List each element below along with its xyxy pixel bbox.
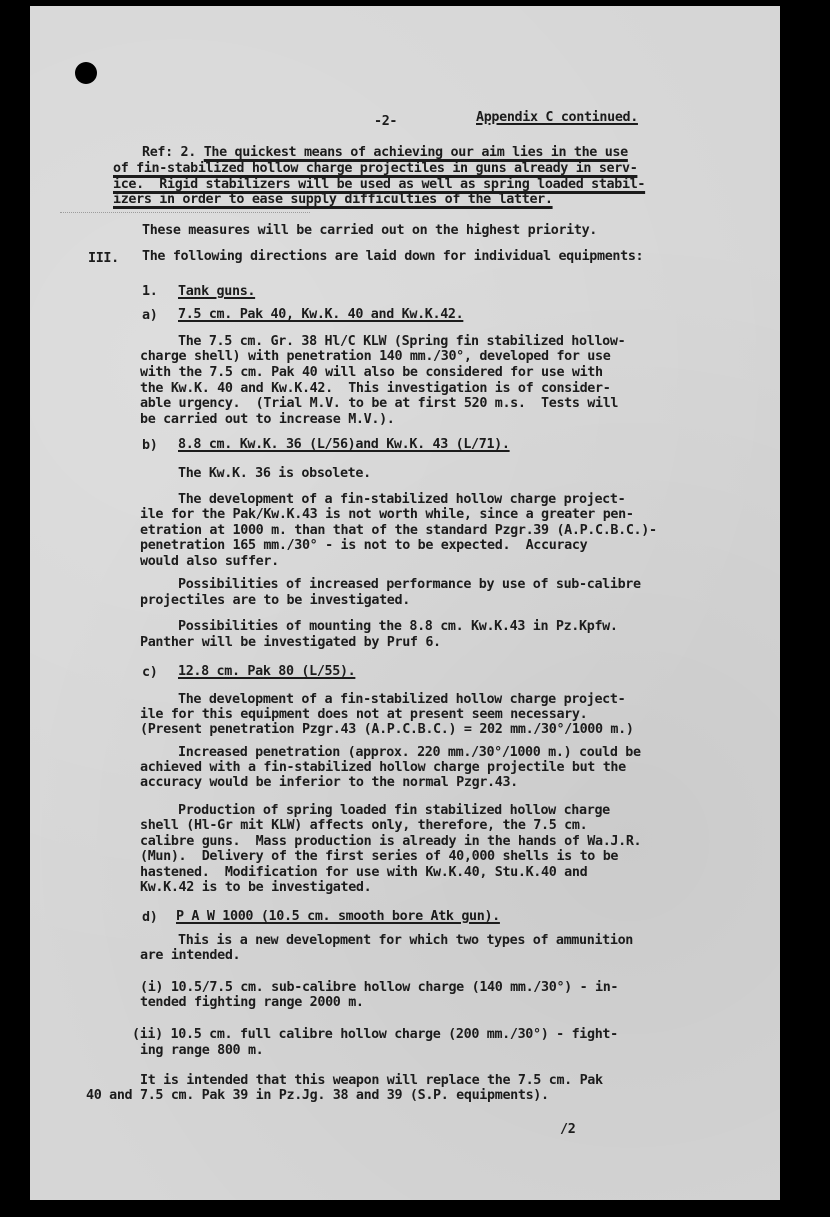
item-b-p1-line: ile for the Pak/Kw.K.43 is not worth whi… <box>140 507 634 523</box>
appendix-header: Appendix C continued. <box>476 110 638 126</box>
item-c-p3-line: Production of spring loaded fin stabiliz… <box>178 803 610 819</box>
closing-line: It is intended that this weapon will rep… <box>140 1073 603 1089</box>
ref-text: The quickest means of achieving our aim … <box>204 145 628 160</box>
item-c-p3-line: hastened. Modification for use with Kw.K… <box>140 865 587 881</box>
item-c-p1-line: ile for this equipment does not at prese… <box>140 707 587 723</box>
item-d-option-ii: ing range 800 m. <box>140 1043 263 1059</box>
item-a-line: with the 7.5 cm. Pak 40 will also be con… <box>140 365 603 381</box>
item-b-p1-line: etration at 1000 m. than that of the sta… <box>140 523 657 539</box>
item-a-line: be carried out to increase M.V.). <box>140 412 395 428</box>
item-d-line: are intended. <box>140 948 240 964</box>
item-b-p1-line: The development of a fin-stabilized holl… <box>178 492 625 508</box>
item-a-line: The 7.5 cm. Gr. 38 Hl/C KLW (Spring fin … <box>178 334 625 350</box>
item-d-option-i: (i) 10.5/7.5 cm. sub-calibre hollow char… <box>140 980 618 996</box>
priority-note: These measures will be carried out on th… <box>142 223 597 239</box>
item-c-p1-line: (Present penetration Pzgr.43 (A.P.C.B.C.… <box>140 722 634 738</box>
item-d-option-ii: (ii) 10.5 cm. full calibre hollow charge… <box>132 1027 618 1043</box>
ref-line-2: of fin-stabilized hollow charge projecti… <box>113 161 637 177</box>
item-c-title: 12.8 cm. Pak 80 (L/55). <box>178 664 355 680</box>
punch-hole <box>75 62 97 84</box>
item-b-p2-line: projectiles are to be investigated. <box>140 593 410 609</box>
item-c-p3-line: (Mun). Delivery of the first series of 4… <box>140 849 618 865</box>
item-b-obsolete-note: The Kw.K. 36 is obsolete. <box>178 466 371 482</box>
section-intro: The following directions are laid down f… <box>142 249 643 265</box>
item-b-p3-line: Possibilities of mounting the 8.8 cm. Kw… <box>178 619 618 635</box>
item-c-p2-line: achieved with a fin-stabilized hollow ch… <box>140 760 626 776</box>
section-numeral: III. <box>88 251 119 267</box>
page-number: -2- <box>374 114 397 130</box>
item-d-line: This is a new development for which two … <box>178 933 633 949</box>
item-c-p3-line: calibre guns. Mass production is already… <box>140 834 641 850</box>
item-a-line: able urgency. (Trial M.V. to be at first… <box>140 396 618 412</box>
item-c-p1-line: The development of a fin-stabilized holl… <box>178 692 625 708</box>
dotted-artifact <box>60 212 310 215</box>
item-a-line: the Kw.K. 40 and Kw.K.42. This investiga… <box>140 381 610 397</box>
item-c-p2-line: Increased penetration (approx. 220 mm./3… <box>178 745 641 761</box>
subsection-number: 1. <box>142 284 157 300</box>
item-a-title: 7.5 cm. Pak 40, Kw.K. 40 and Kw.K.42. <box>178 307 463 323</box>
ref-line-3: ice. Rigid stabilizers will be used as w… <box>113 177 645 193</box>
item-b-p3-line: Panther will be investigated by Pruf 6. <box>140 635 441 651</box>
item-c-p3-line: Kw.K.42 is to be investigated. <box>140 880 371 896</box>
item-b-p2-line: Possibilities of increased performance b… <box>178 577 641 593</box>
item-b-label: b) <box>142 438 157 454</box>
ref-line-1: Ref: 2. The quickest means of achieving … <box>142 145 628 161</box>
item-b-title: 8.8 cm. Kw.K. 36 (L/56)and Kw.K. 43 (L/7… <box>178 437 510 453</box>
item-a-line: charge shell) with penetration 140 mm./3… <box>140 349 610 365</box>
item-b-p1-line: penetration 165 mm./30° - is not to be e… <box>140 538 587 554</box>
item-c-p3-line: shell (Hl-Gr mit KLW) affects only, ther… <box>140 818 587 834</box>
item-d-title: P A W 1000 (10.5 cm. smooth bore Atk gun… <box>176 909 500 925</box>
closing-line: 40 and 7.5 cm. Pak 39 in Pz.Jg. 38 and 3… <box>86 1088 549 1104</box>
continuation-mark: /2 <box>560 1122 575 1138</box>
item-c-label: c) <box>142 665 157 681</box>
ref-line-4: izers in order to ease supply difficulti… <box>113 192 553 208</box>
item-b-p1-line: would also suffer. <box>140 554 279 570</box>
item-d-label: d) <box>142 910 157 926</box>
subsection-title: Tank guns. <box>178 284 255 300</box>
item-d-option-i: tended fighting range 2000 m. <box>140 995 364 1011</box>
item-c-p2-line: accuracy would be inferior to the normal… <box>140 775 518 791</box>
ref-prefix: Ref: 2. <box>142 145 204 160</box>
item-a-label: a) <box>142 308 157 324</box>
